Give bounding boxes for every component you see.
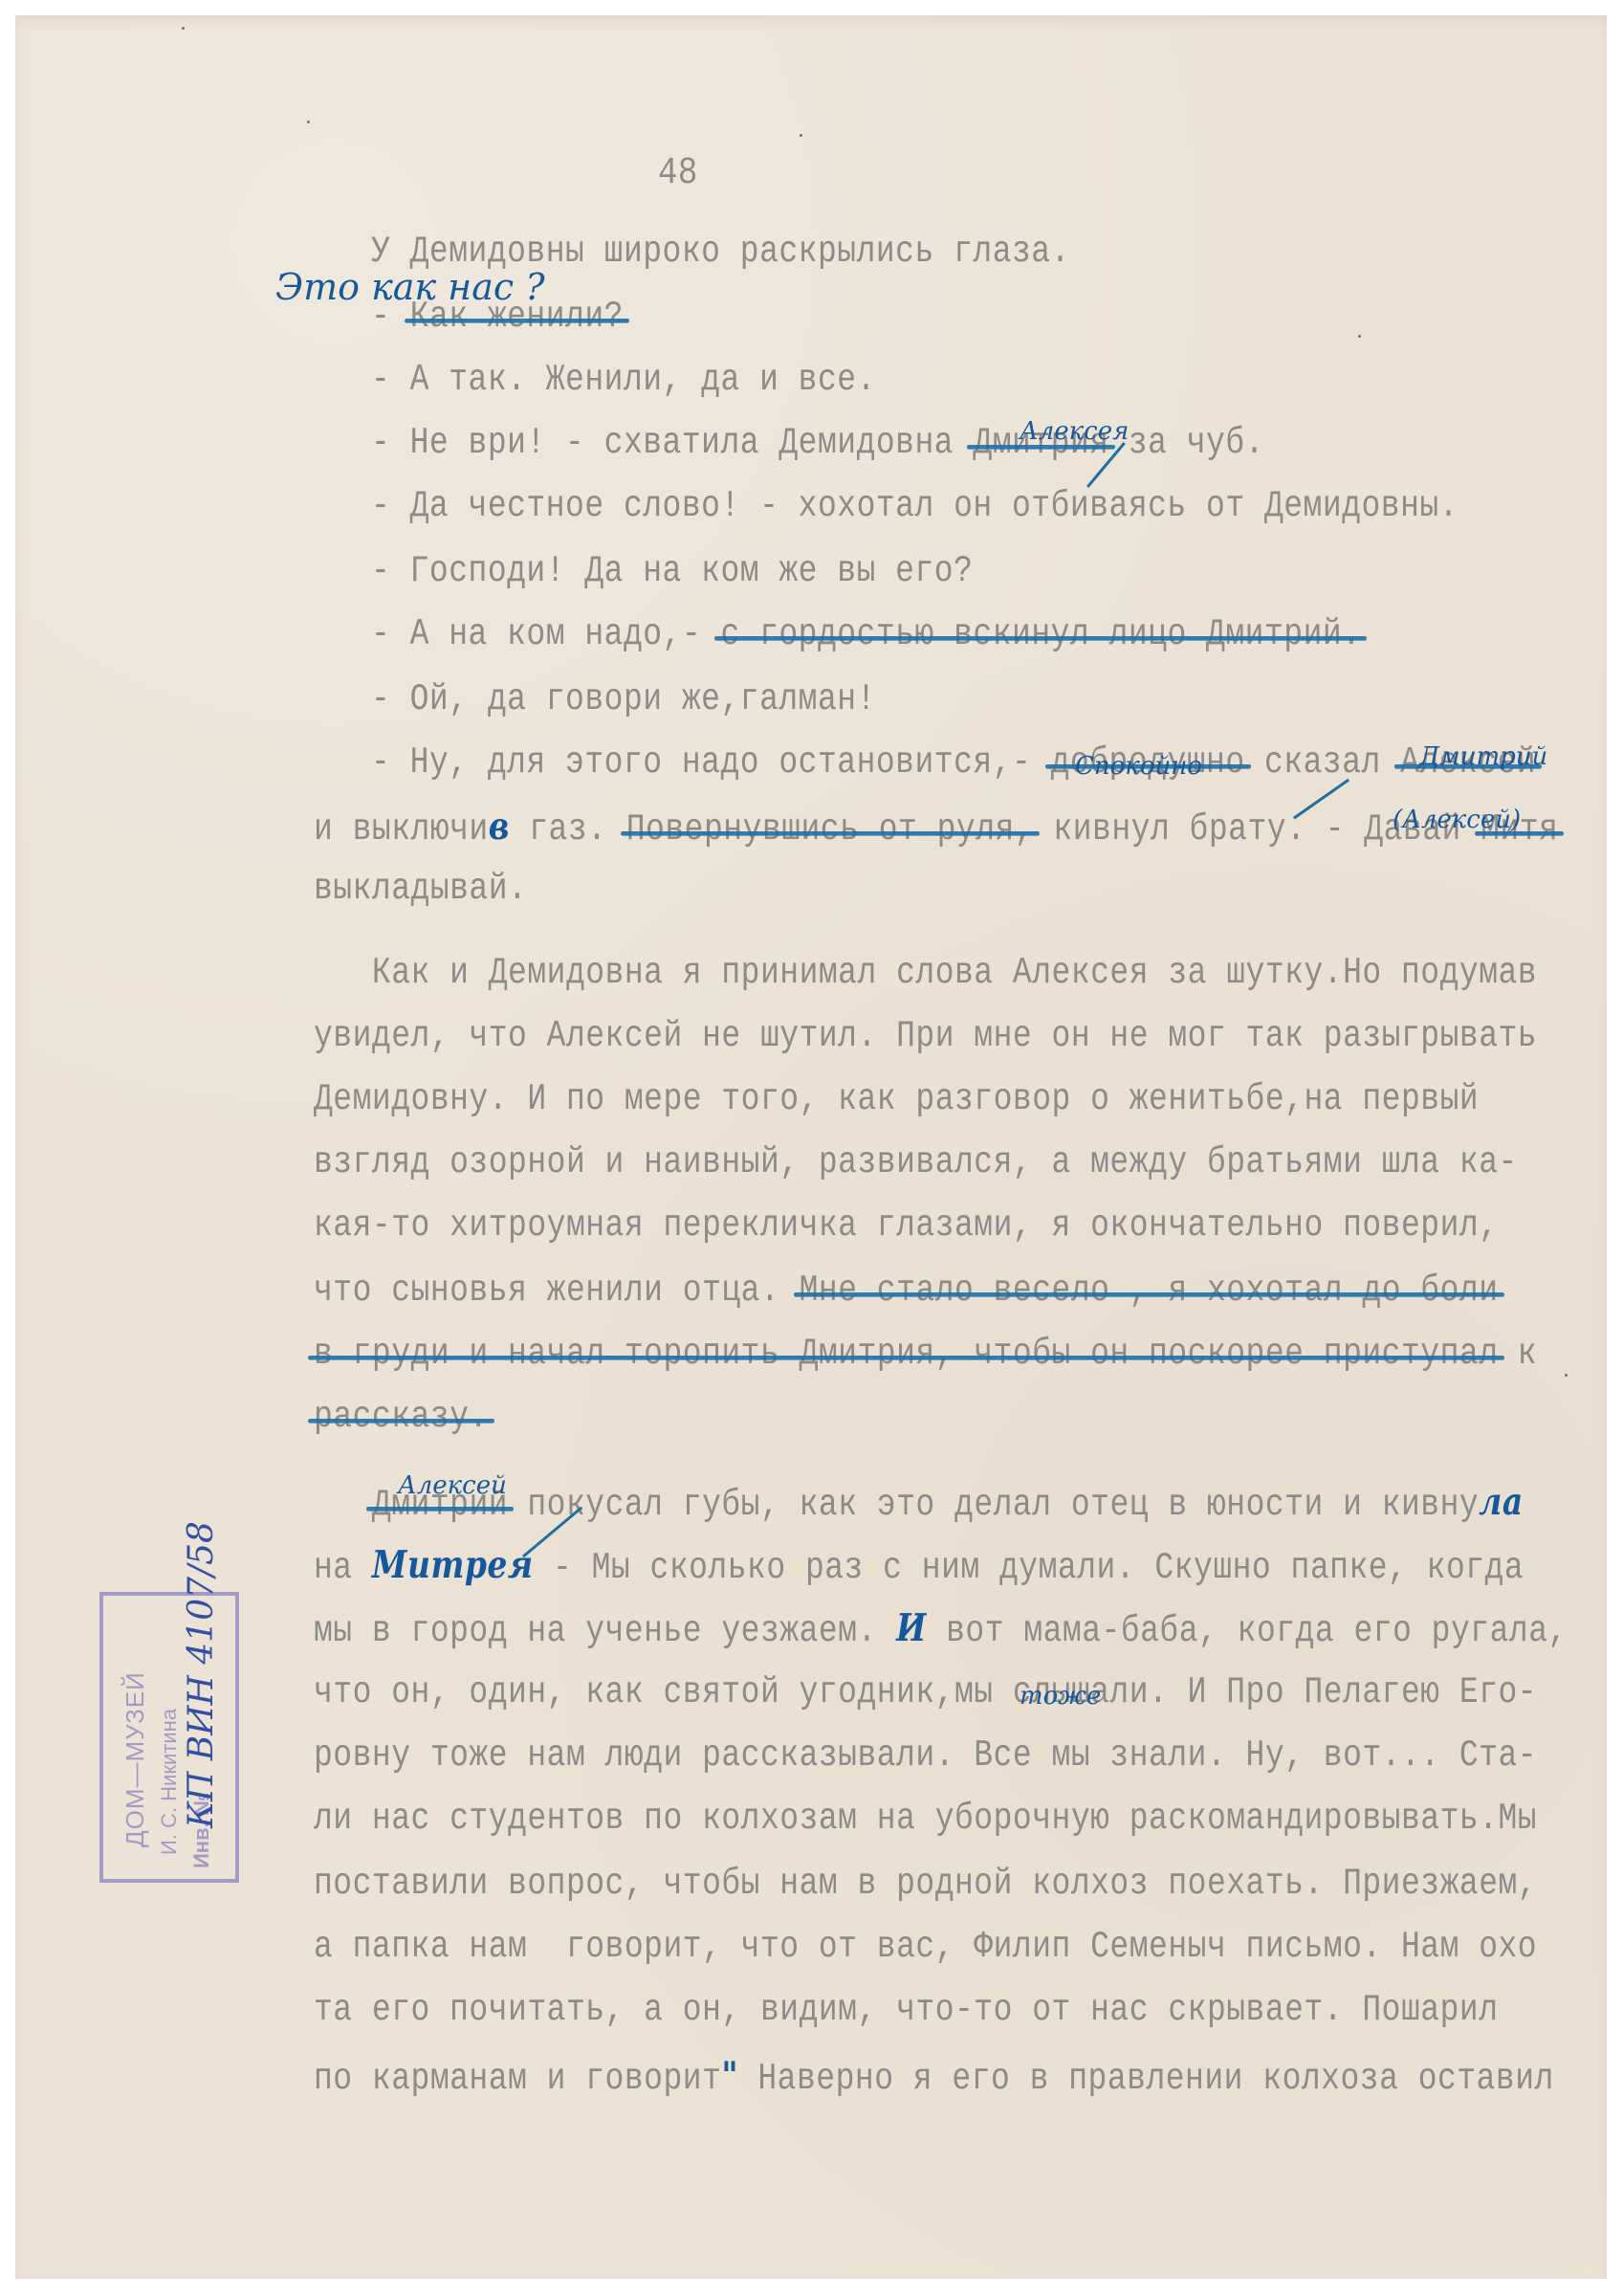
handwritten-correction: ": [721, 2054, 738, 2098]
typed-text: мы в город на ученье уезжаем.: [314, 1610, 896, 1652]
typed-text: за чуб.: [1109, 422, 1264, 464]
typed-line: - Ой, да говори же,галман!: [371, 678, 876, 720]
struck-text: Мне стало весело , я хохотал до боли: [800, 1269, 1499, 1312]
typed-text: покусал губы, как это делал отец в юност…: [508, 1484, 1479, 1526]
typed-line: - Не ври! - схватила Демидовна Дмитрия з…: [371, 422, 1264, 464]
paper-speck: [800, 134, 802, 137]
handwritten-insert-l23: тоже: [1020, 1682, 1101, 1711]
handwritten-insert-l10: (Алексей): [1393, 806, 1521, 834]
typed-text: газ.: [510, 808, 626, 850]
typed-line: выкладывай.: [314, 868, 527, 910]
typed-text: увидел, что Алексей не шутил. При мне он…: [314, 1015, 1537, 1057]
typed-text: выкладывай.: [314, 868, 527, 910]
typed-text: - А на ком надо,-: [371, 613, 720, 655]
handwritten-insert-l20: Алексей: [398, 1471, 507, 1500]
typed-line: по карманам и говорит" Наверно я его в п…: [314, 2054, 1554, 2100]
handwritten-insert-l9-b: Дмитрий: [1419, 742, 1547, 771]
typed-text: - Да честное слово! - хохотал он отбивая…: [371, 485, 1459, 527]
typed-text: что он, один, как святой угодник,мы слыш…: [314, 1671, 1537, 1713]
typed-line: мы в город на ученье уезжаем. И вот мама…: [314, 1606, 1568, 1652]
handwritten-correction: И: [896, 1606, 927, 1650]
typed-line: Демидовну. И по мере того, как разговор …: [314, 1078, 1479, 1120]
typed-line: поставили вопрос, чтобы нам в родной кол…: [314, 1863, 1537, 1905]
typed-text: Как и Демидовна я принимал слова Алексея…: [314, 952, 1537, 994]
typed-text: вот мама-баба, когда его ругала,: [927, 1610, 1568, 1652]
typed-text: та его почитать, а он, видим, что-то от …: [314, 1989, 1499, 2031]
typed-text: ровну тоже нам люди рассказывали. Все мы…: [314, 1734, 1537, 1777]
typed-line: рассказу.: [314, 1396, 489, 1438]
stamp-museum-name: ДОМ—МУЗЕЙ: [121, 1671, 150, 1847]
typed-text: [314, 1484, 372, 1526]
typed-text: - Ой, да говори же,галман!: [371, 678, 876, 720]
handwritten-insert-l9-a: Спокойно: [1075, 752, 1202, 781]
paper-speck: [307, 121, 310, 123]
typed-text: на: [314, 1547, 372, 1589]
struck-text: Повернувшись от руля,: [626, 808, 1034, 850]
typed-line: - Да честное слово! - хохотал он отбивая…: [371, 485, 1459, 527]
typed-line: - Ну, для этого надо остановится,- добро…: [371, 741, 1536, 784]
handwritten-correction: в: [489, 805, 510, 849]
typed-line: в груди и начал торопить Дмитрия, чтобы …: [314, 1333, 1537, 1375]
typed-line: кая-то хитроумная перекличка глазами, я …: [314, 1204, 1499, 1247]
typed-text: к: [1499, 1333, 1538, 1375]
typed-text: - Господи! Да на ком же вы его?: [371, 550, 973, 592]
typed-line: а папка нам говорит, что от вас, Филип С…: [314, 1926, 1537, 1968]
struck-text: с гордостью вскинул лицо Дмитрий.: [720, 613, 1361, 655]
typed-line: - Господи! Да на ком же вы его?: [371, 550, 973, 592]
typed-line: что сыновья женили отца. Мне стало весел…: [314, 1269, 1499, 1312]
struck-text: в груди и начал торопить Дмитрия, чтобы …: [314, 1333, 1499, 1375]
typed-text: Наверно я его в правлении колхоза остави…: [738, 2058, 1554, 2100]
typed-text: поставили вопрос, чтобы нам в родной кол…: [314, 1863, 1537, 1905]
typed-text: кая-то хитроумная перекличка глазами, я …: [314, 1204, 1499, 1247]
typed-line: увидел, что Алексей не шутил. При мне он…: [314, 1015, 1537, 1057]
archive-stamp: ДОМ—МУЗЕЙ И. С. Никитина Инв. № КП ВИН 4…: [99, 1592, 239, 1883]
paper-speck: [1565, 1374, 1568, 1377]
typed-text: - Не ври! - схватила Демидовна: [371, 422, 973, 464]
handwritten-correction: Митрея: [372, 1543, 534, 1587]
typed-text: и выключи: [314, 808, 489, 850]
paper-speck: [182, 27, 185, 30]
typed-line: взгляд озорной и наивный, развивался, а …: [314, 1141, 1518, 1183]
typed-line: что он, один, как святой угодник,мы слыш…: [314, 1671, 1537, 1713]
manuscript-page: 48 У Демидовны широко раскрылись глаза.-…: [15, 15, 1607, 2279]
typed-line: - А так. Женили, да и все.: [371, 359, 876, 401]
typed-text: сказал: [1245, 741, 1400, 784]
typed-line: - А на ком надо,- с гордостью вскинул ли…: [371, 613, 1361, 655]
typed-text: - Мы сколько раз с ним думали. Скушно па…: [534, 1547, 1524, 1589]
typed-text: Демидовну. И по мере того, как разговор …: [314, 1078, 1479, 1120]
typed-line: ли нас студентов по колхозам на уборочну…: [314, 1798, 1537, 1840]
typed-text: по карманам и говорит: [314, 2058, 721, 2100]
typed-text: - Ну, для этого надо остановится,-: [371, 741, 1051, 784]
typed-text: взгляд озорной и наивный, развивался, а …: [314, 1141, 1518, 1183]
stamp-person-name: И. С. Никитина: [157, 1709, 182, 1855]
handwritten-insert-l2: Это как нас ?: [275, 266, 545, 308]
typed-line: ровну тоже нам люди рассказывали. Все мы…: [314, 1734, 1537, 1777]
handwritten-insert-l4: Алексея: [1020, 417, 1129, 446]
typed-text: что сыновья женили отца.: [314, 1269, 800, 1312]
typed-text: - А так. Женили, да и все.: [371, 359, 876, 401]
typed-line: и выключив газ. Повернувшись от руля, ки…: [314, 805, 1558, 850]
struck-text: рассказу.: [314, 1396, 489, 1438]
handwritten-correction: ла: [1479, 1480, 1524, 1524]
typed-text: а папка нам говорит, что от вас, Филип С…: [314, 1926, 1537, 1968]
stamp-inventory-number: КП ВИН 4107/58: [182, 1521, 221, 1828]
typed-line: Как и Демидовна я принимал слова Алексея…: [314, 952, 1537, 994]
typed-line: на Митрея - Мы сколько раз с ним думали.…: [314, 1543, 1524, 1589]
page-number: 48: [658, 152, 698, 195]
typed-line: та его почитать, а он, видим, что-то от …: [314, 1989, 1499, 2031]
paper-speck: [1358, 335, 1361, 338]
typed-text: ли нас студентов по колхозам на уборочну…: [314, 1798, 1537, 1840]
